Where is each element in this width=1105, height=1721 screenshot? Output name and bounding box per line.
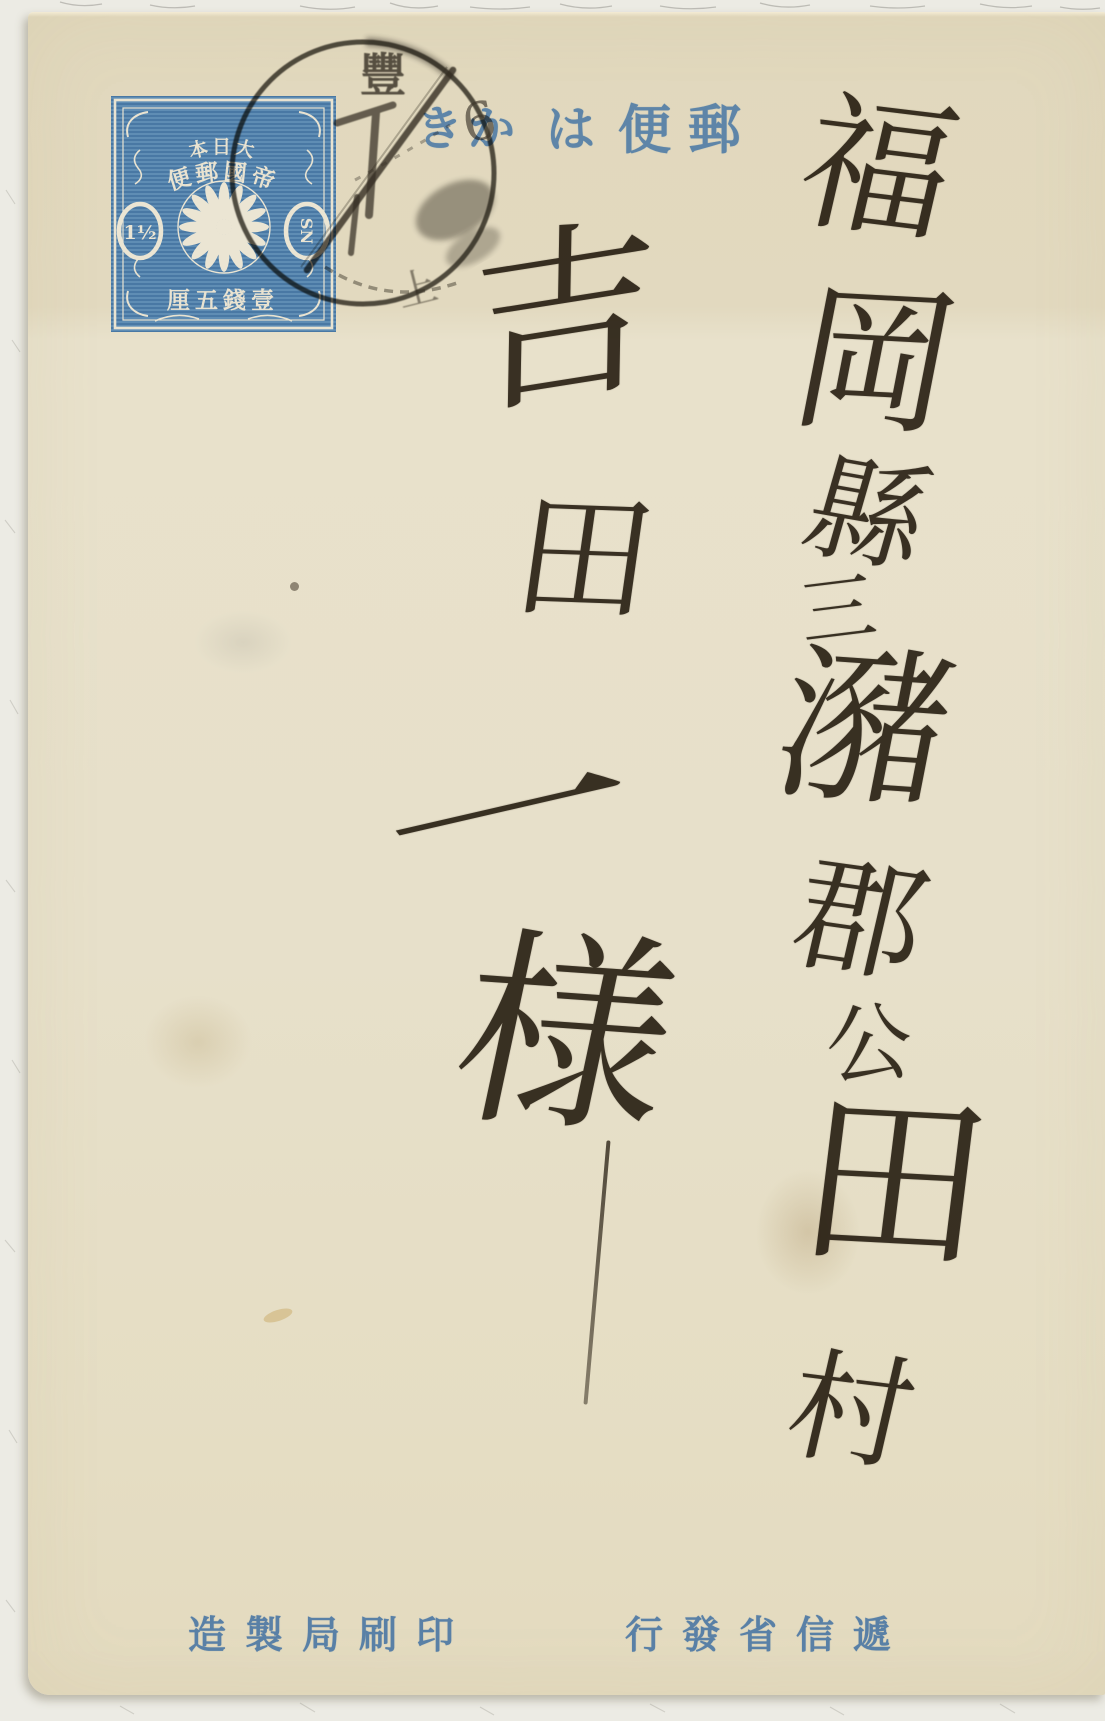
- address-char: 岡: [781, 281, 969, 446]
- addressee-char: 様: [438, 924, 694, 1148]
- address-char: 田: [789, 1086, 1000, 1283]
- postcard: 本日大 便郵國帝 1½ SN 厘五錢壹: [28, 12, 1105, 1695]
- header-char: 便: [618, 88, 671, 164]
- paper-fleck: [262, 1306, 294, 1326]
- paper-stain: [173, 597, 313, 687]
- postmark-top-char: 豐: [360, 48, 406, 102]
- address-char: 郡: [782, 849, 938, 992]
- svg-text:1½: 1½: [123, 222, 156, 244]
- addressee-char: 田: [505, 488, 662, 630]
- issuer-imprint: 行發省信遞: [625, 1604, 910, 1659]
- paper-stain: [123, 977, 273, 1107]
- addressee-char: 一: [368, 709, 651, 929]
- addressee-char: 吉: [469, 209, 658, 429]
- header-char: は: [546, 91, 595, 161]
- printer-imprint: 造製局刷印: [188, 1604, 473, 1659]
- address-char: 瀦: [764, 640, 964, 818]
- header-char: 郵: [688, 88, 741, 164]
- ink-speck: [290, 582, 299, 591]
- address-char: 村: [777, 1344, 926, 1478]
- postmark-digit: 6: [457, 90, 502, 156]
- ink-flourish-stroke: [583, 1140, 610, 1404]
- address-char: 福: [787, 87, 970, 252]
- postmark: 豐 6 上: [205, 15, 515, 325]
- card-deckled-edge: [28, 12, 1105, 17]
